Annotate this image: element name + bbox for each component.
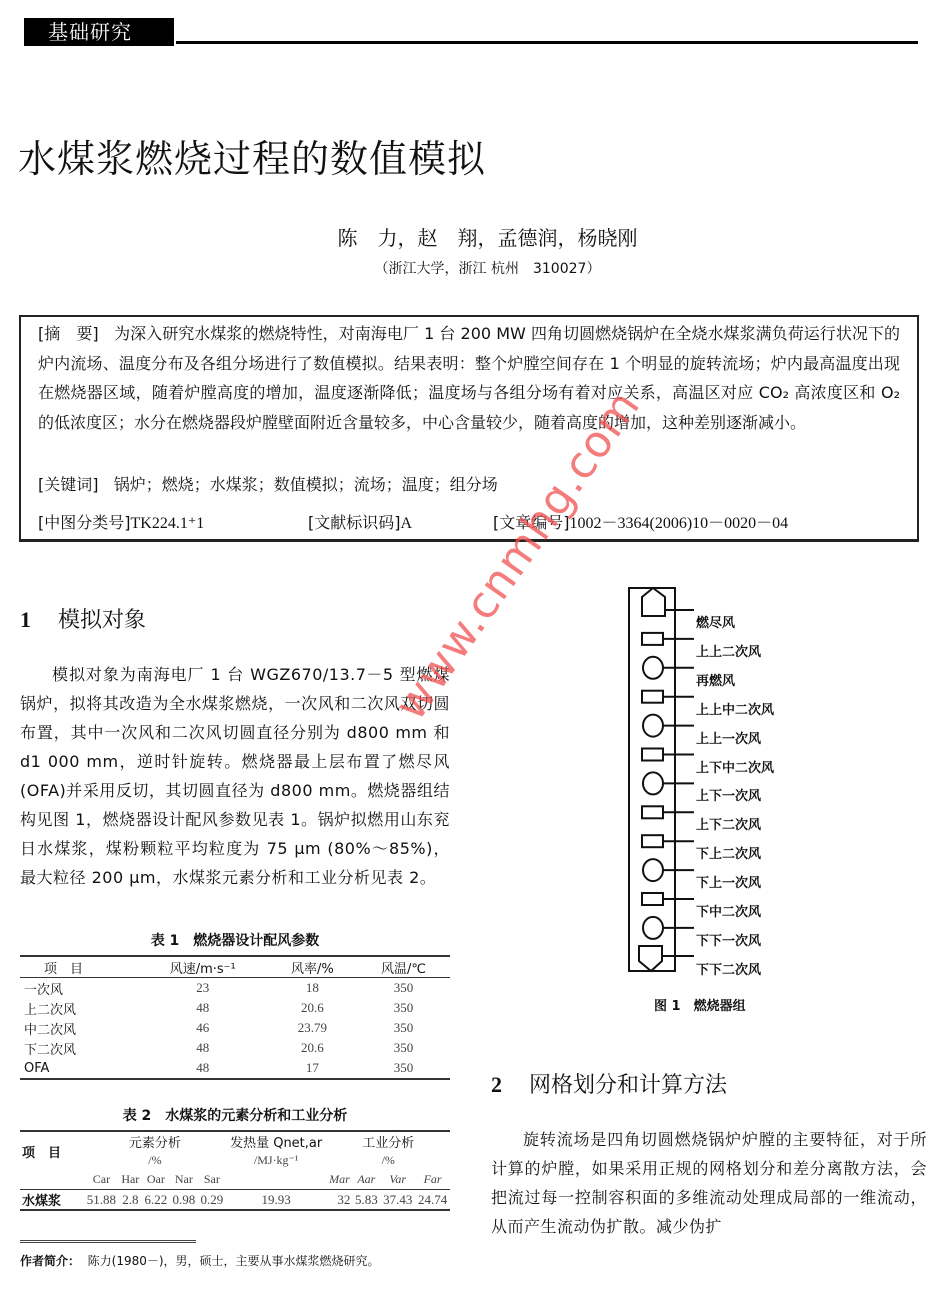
table-1-header: 风温/℃ bbox=[357, 956, 450, 978]
burner-label: 上上一次风 bbox=[696, 728, 761, 747]
burner-label: 燃尽风 bbox=[696, 612, 735, 631]
table-2: 项 目 元素分析 发热量 Qnet,ar 工业分析 /% /MJ·kg⁻¹ /%… bbox=[20, 1130, 450, 1211]
table-1: 项 目 风速/m·s⁻¹ 风率/% 风温/℃ 一次风2318350 上二次风48… bbox=[20, 955, 450, 1080]
table-row: 水煤浆 51.88 2.8 6.22 0.98 0.29 19.93 32 5.… bbox=[20, 1190, 450, 1211]
section-2-paragraph: 旋转流场是四角切圆燃烧锅炉炉膛的主要特征，对于所计算的炉膛，如果采用正规的网格划… bbox=[491, 1125, 927, 1241]
burner-label: 下上二次风 bbox=[696, 843, 761, 862]
table-1-header: 风率/% bbox=[268, 956, 357, 978]
section-2-heading: 2网格划分和计算方法 bbox=[491, 1068, 727, 1099]
paper-title: 水煤浆燃烧过程的数值模拟 bbox=[18, 128, 486, 183]
burner-label: 下中二次风 bbox=[696, 901, 761, 920]
table-1-header: 风速/m·s⁻¹ bbox=[138, 956, 268, 978]
keywords: [关键词] 锅炉；燃烧；水煤浆；数值模拟；流场；温度；组分场 bbox=[38, 472, 498, 495]
table-row: 一次风2318350 bbox=[20, 978, 450, 999]
clc-code: [中图分类号]TK224.1⁺1 bbox=[38, 510, 204, 533]
burner-label: 再燃风 bbox=[696, 670, 735, 689]
burner-label: 下上一次风 bbox=[696, 872, 761, 891]
burner-label: 上上二次风 bbox=[696, 641, 761, 660]
footnote: 作者简介： 陈力(1980－)，男，硕士，主要从事水煤浆燃烧研究。 bbox=[20, 1252, 380, 1269]
figure-1-burner-group: 燃尽风上上二次风再燃风上上中二次风上上一次风上下中二次风上下一次风上下二次风下上… bbox=[622, 583, 822, 983]
table-row: 上二次风4820.6350 bbox=[20, 998, 450, 1018]
burner-label: 上上中二次风 bbox=[696, 699, 774, 718]
burner-label: 上下一次风 bbox=[696, 785, 761, 804]
figure-1-caption: 图 1 燃烧器组 bbox=[654, 995, 746, 1014]
abstract-label: [摘 要] bbox=[38, 324, 99, 343]
abstract-text: 为深入研究水煤浆的燃烧特性，对南海电厂 1 台 200 MW 四角切圆燃烧锅炉在… bbox=[38, 324, 900, 432]
burner-label: 上下中二次风 bbox=[696, 757, 774, 776]
section-1-heading: 1模拟对象 bbox=[20, 603, 146, 634]
table-1-caption: 表 1 燃烧器设计配风参数 bbox=[20, 930, 450, 950]
section-tag: 基础研究 bbox=[24, 18, 174, 46]
burner-label: 上下二次风 bbox=[696, 814, 761, 833]
table-row: 下二次风4820.6350 bbox=[20, 1038, 450, 1058]
section-1-paragraph: 模拟对象为南海电厂 1 台 WGZ670/13.7－5 型燃煤锅炉，拟将其改造为… bbox=[20, 660, 450, 892]
burner-label: 下下二次风 bbox=[696, 959, 761, 978]
doc-code: [文献标识码]A bbox=[308, 510, 412, 533]
table-row: OFA4817350 bbox=[20, 1058, 450, 1079]
affiliation: （浙江大学，浙江 杭州 310027） bbox=[0, 258, 945, 278]
table-2-item-label: 项 目 bbox=[20, 1131, 84, 1170]
keywords-text: 锅炉；燃烧；水煤浆；数值模拟；流场；温度；组分场 bbox=[114, 475, 498, 494]
header-rule bbox=[176, 41, 918, 44]
keywords-label: [关键词] bbox=[38, 475, 99, 494]
burner-label: 下下一次风 bbox=[696, 930, 761, 949]
abstract: [摘 要] 为深入研究水煤浆的燃烧特性，对南海电厂 1 台 200 MW 四角切… bbox=[38, 319, 900, 437]
footnote-rule bbox=[20, 1240, 196, 1243]
table-row: 中二次风4623.79350 bbox=[20, 1018, 450, 1038]
table-2-caption: 表 2 水煤浆的元素分析和工业分析 bbox=[20, 1105, 450, 1125]
authors: 陈 力，赵 翔，孟德润，杨晓刚 bbox=[0, 222, 945, 251]
table-1-header: 项 目 bbox=[20, 956, 138, 978]
